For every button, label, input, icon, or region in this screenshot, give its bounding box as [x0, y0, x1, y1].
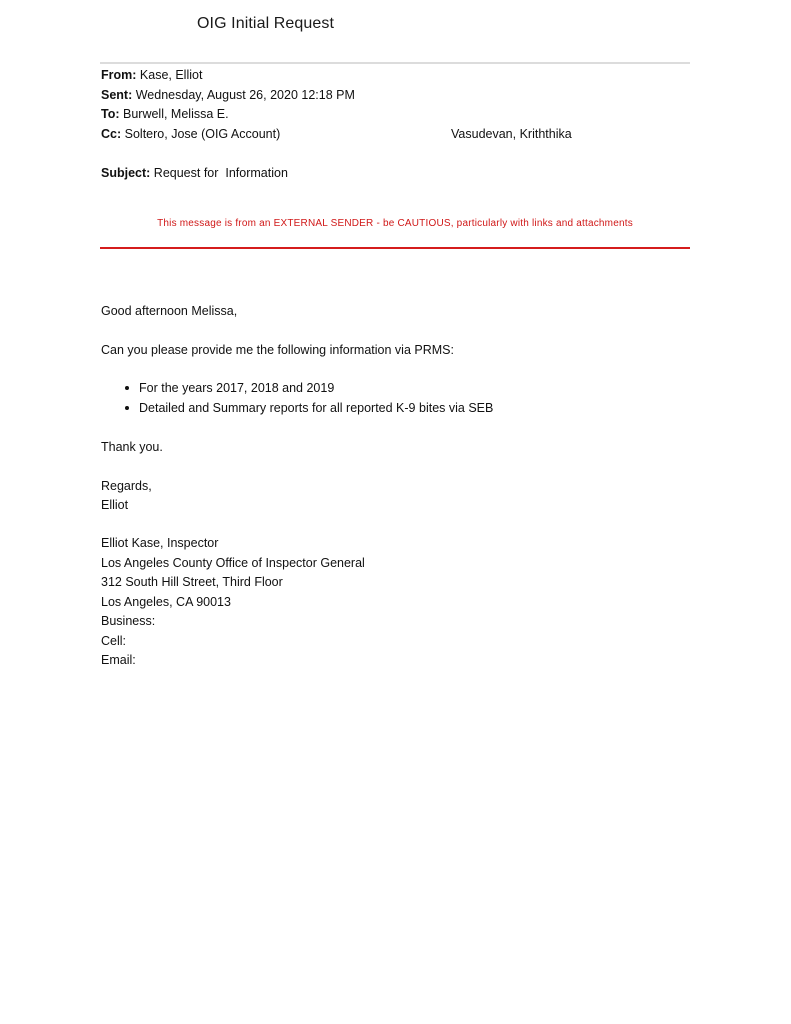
sent-label: Sent:: [101, 88, 132, 102]
bullet-item: For the years 2017, 2018 and 2019: [125, 381, 334, 396]
signature-organization: Los Angeles County Office of Inspector G…: [101, 556, 365, 571]
signature-business: Business:: [101, 614, 155, 629]
signature-cell: Cell:: [101, 634, 126, 649]
from-value: Kase, Elliot: [140, 68, 203, 82]
cc-line: Cc: Soltero, Jose (OIG Account): [101, 127, 280, 142]
thanks: Thank you.: [101, 440, 163, 455]
bullet-icon: [125, 386, 129, 390]
signature-address-2: Los Angeles, CA 90013: [101, 595, 231, 610]
page-title: OIG Initial Request: [197, 15, 334, 33]
signature-email: Email:: [101, 653, 136, 668]
to-label: To:: [101, 107, 120, 121]
greeting: Good afternoon Melissa,: [101, 304, 237, 319]
subject-line: Subject: Request for Information: [101, 166, 288, 181]
to-value: Burwell, Melissa E.: [123, 107, 229, 121]
to-line: To: Burwell, Melissa E.: [101, 107, 229, 122]
cc-value-2: Vasudevan, Kriththika: [451, 127, 572, 142]
from-label: From:: [101, 68, 136, 82]
signature-address-1: 312 South Hill Street, Third Floor: [101, 575, 283, 590]
bullet-item: Detailed and Summary reports for all rep…: [125, 401, 493, 416]
subject-value: Request for Information: [154, 166, 288, 180]
header-divider: [100, 62, 690, 64]
signature-name-title: Elliot Kase, Inspector: [101, 536, 218, 551]
subject-label: Subject:: [101, 166, 150, 180]
sign-name: Elliot: [101, 498, 128, 513]
cc-value-1: Soltero, Jose (OIG Account): [125, 127, 281, 141]
bullet-icon: [125, 406, 129, 410]
closing: Regards,: [101, 479, 152, 494]
sent-line: Sent: Wednesday, August 26, 2020 12:18 P…: [101, 88, 355, 103]
request-text: Can you please provide me the following …: [101, 343, 454, 358]
cc-label: Cc:: [101, 127, 121, 141]
external-sender-warning: This message is from an EXTERNAL SENDER …: [100, 218, 690, 229]
bullet-text: For the years 2017, 2018 and 2019: [139, 381, 334, 395]
from-line: From: Kase, Elliot: [101, 68, 202, 83]
warning-divider: [100, 247, 690, 249]
sent-value: Wednesday, August 26, 2020 12:18 PM: [136, 88, 355, 102]
bullet-text: Detailed and Summary reports for all rep…: [139, 401, 493, 415]
